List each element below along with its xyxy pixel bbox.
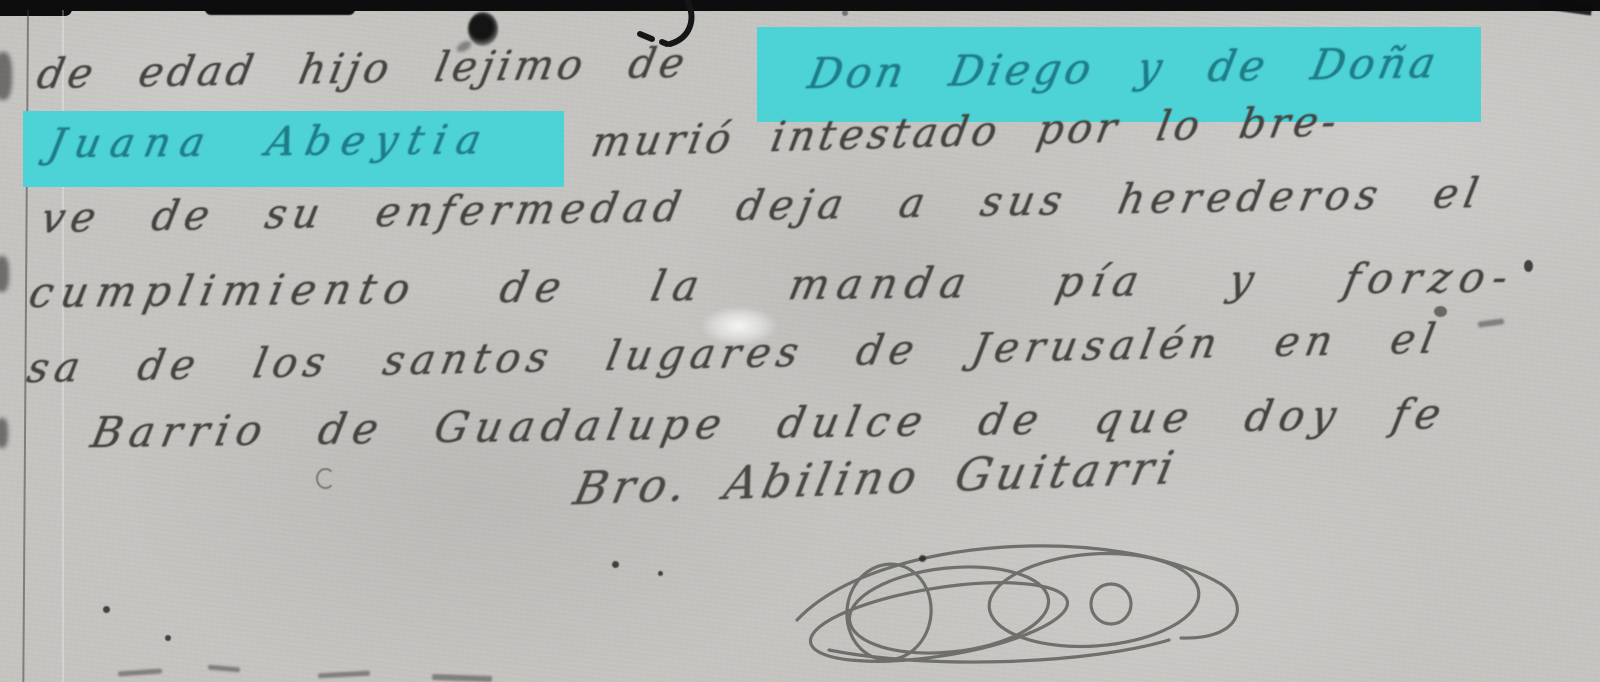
edge-smudge (0, 52, 12, 100)
ink-speck (842, 10, 848, 16)
ink-speck (919, 555, 926, 562)
paper-damage-spot (700, 306, 778, 346)
edge-smudge (0, 418, 8, 448)
ink-dash (1478, 318, 1505, 328)
scan-edge-mark-right (1539, 0, 1592, 16)
ink-blot (468, 12, 498, 46)
highlighted-text-mother: Juana Abeytia (44, 117, 495, 167)
ink-speck (1524, 260, 1533, 272)
ink-speck (658, 571, 663, 576)
scan-edge-bar-bump (205, 6, 355, 15)
next-line-fragment (208, 665, 240, 673)
handwriting-line-2: murió intestado por lo bre- (588, 97, 1345, 166)
stray-pen-mark (316, 468, 335, 489)
next-line-fragment (432, 674, 492, 682)
edge-smudge (0, 256, 9, 292)
highlight-juana-abeytia[interactable]: Juana Abeytia (23, 111, 564, 187)
next-line-fragment (318, 671, 370, 679)
ink-speck (1434, 306, 1447, 317)
next-line-fragment (118, 668, 162, 676)
ink-speck (165, 635, 171, 641)
highlighted-text-father: Don Diego y de Doña (804, 38, 1444, 98)
ink-speck (103, 606, 110, 613)
handwriting-line-1: de edad hijo lejimo de (33, 39, 692, 99)
signature-rubric-flourish (788, 542, 1310, 667)
document-canvas[interactable]: de edad hijo lejimo de Don Diego y de Do… (0, 0, 1600, 682)
handwriting-line-4: cumplimiento de la manda pía y forzo- (25, 252, 1520, 317)
handwriting-line-6: Barrio de Guadalupe dulce de que doy fe (87, 389, 1452, 457)
ink-speck (612, 561, 619, 568)
signature-line: Bro. Abilino Guitarri (569, 441, 1183, 515)
